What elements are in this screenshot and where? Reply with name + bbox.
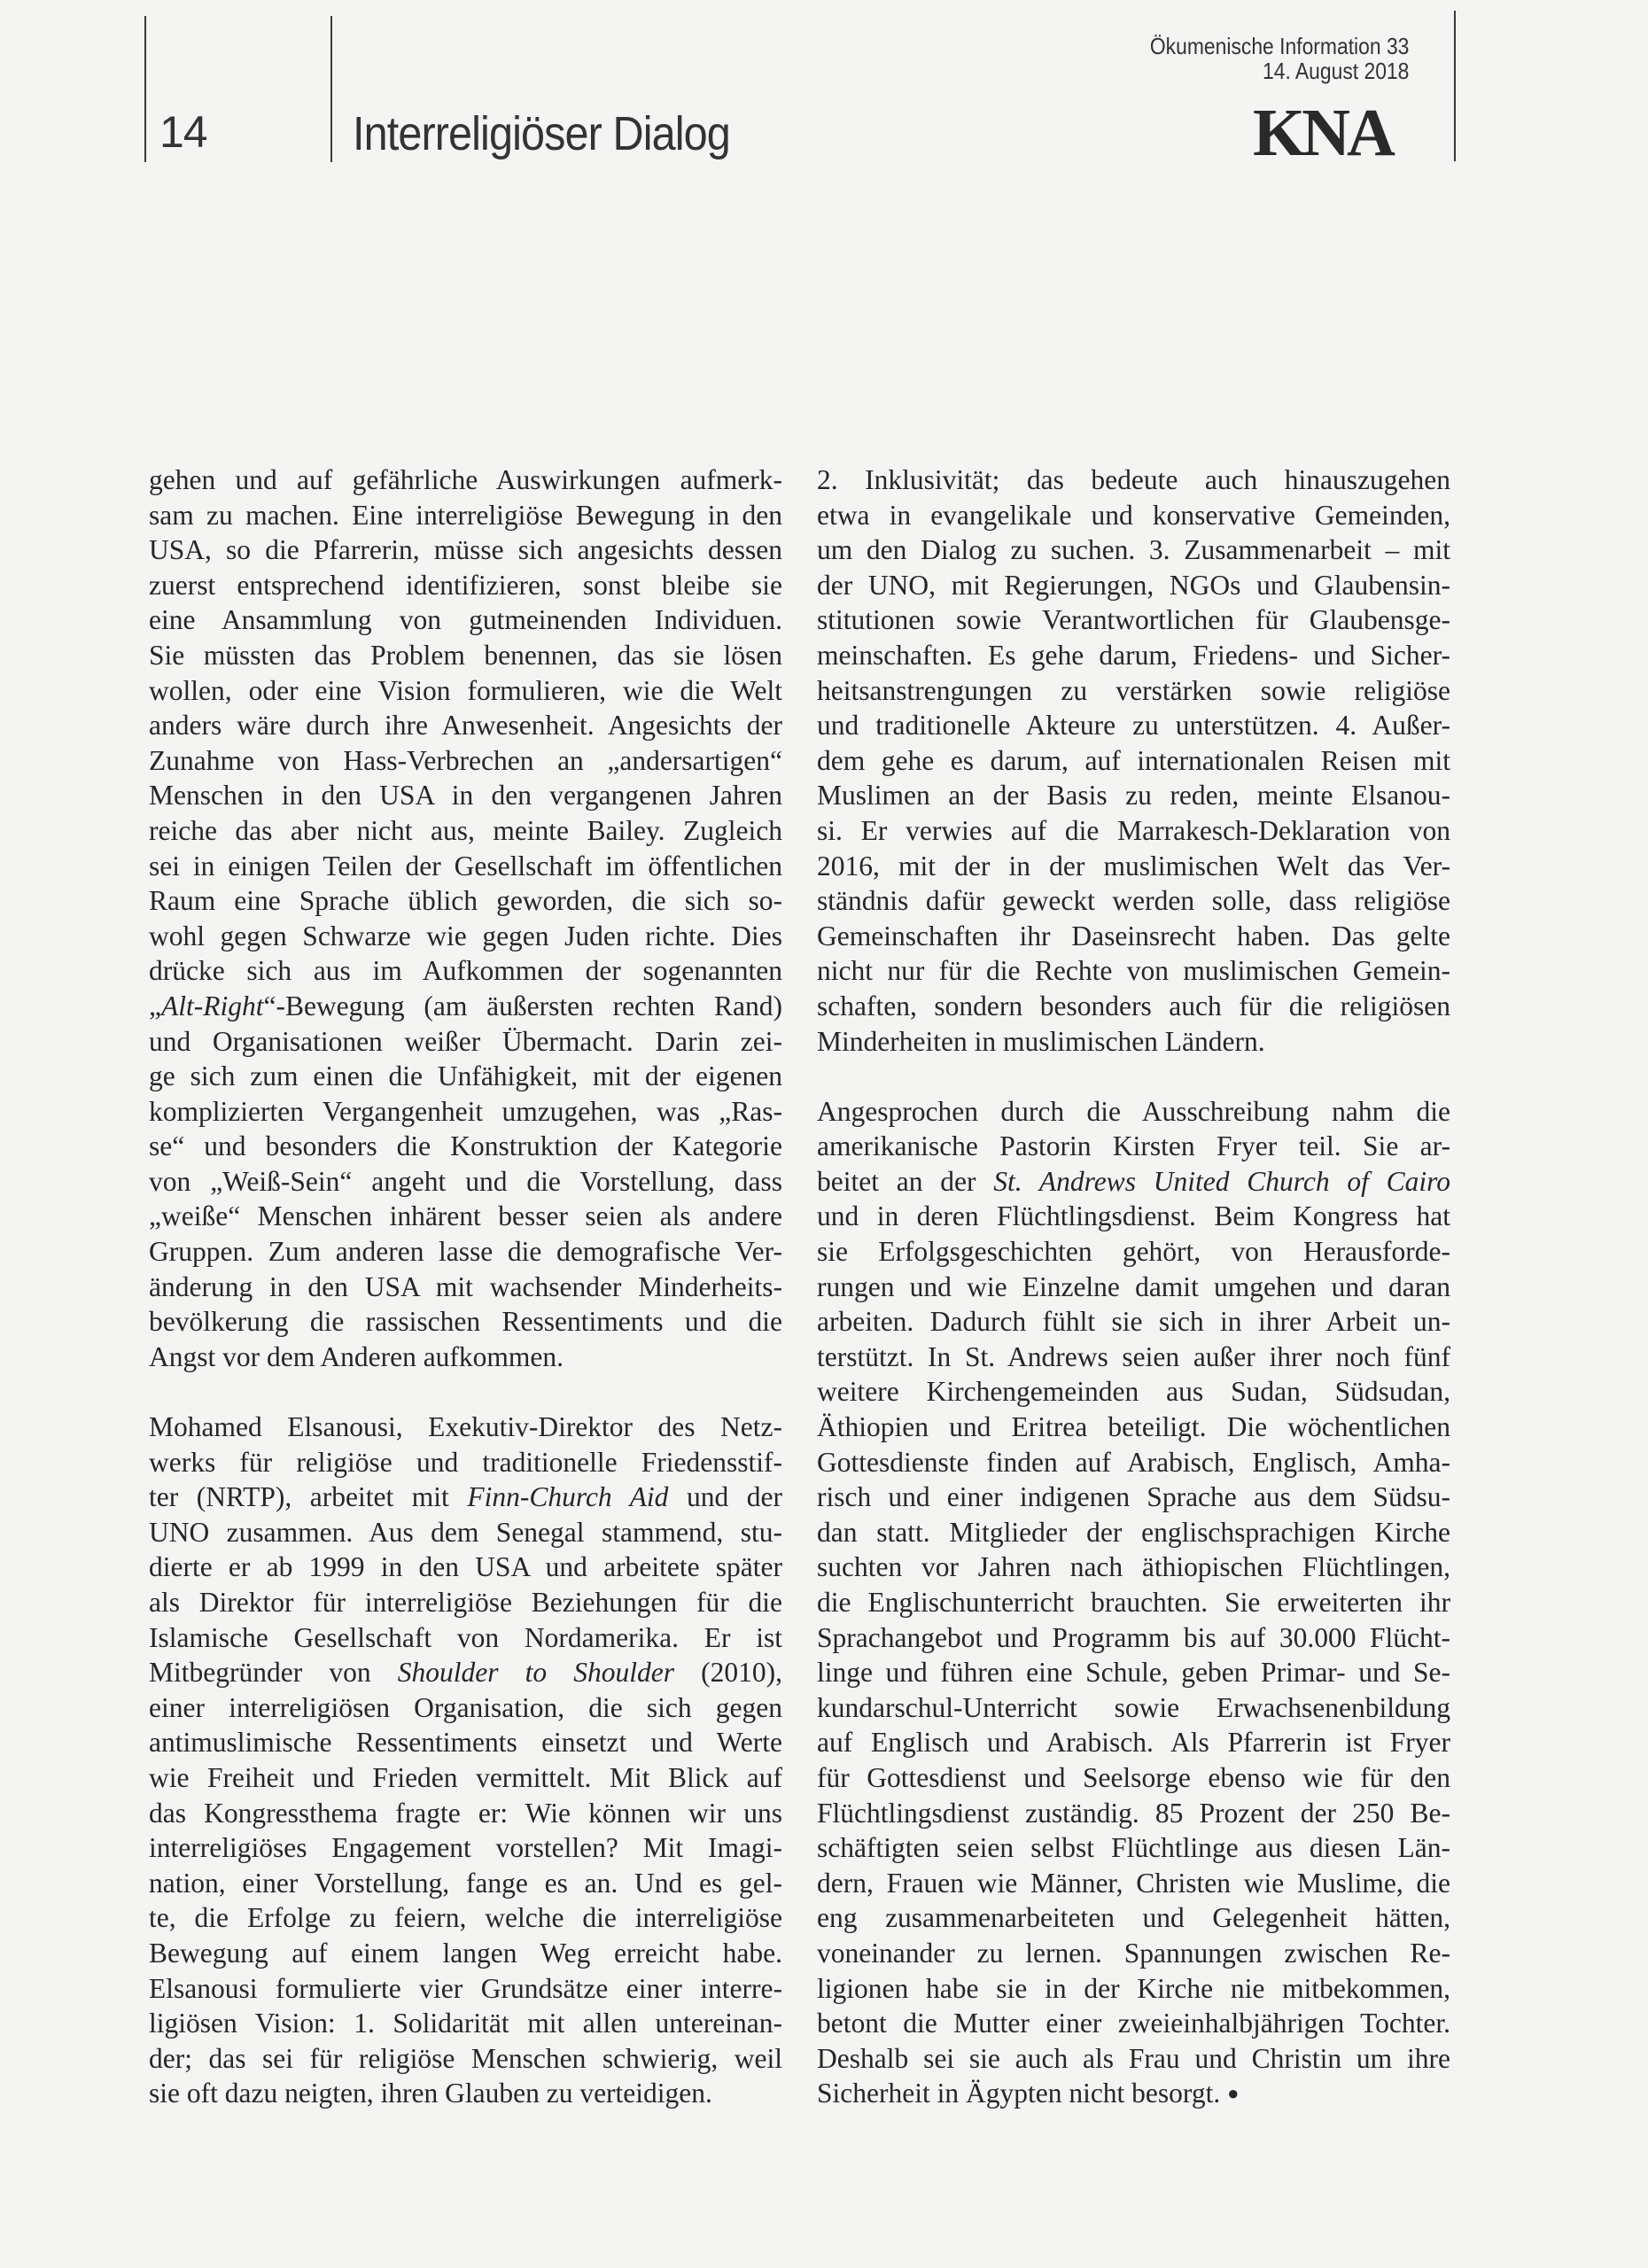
text-line: ligionen habe sie in der Kirche nie mitb…	[817, 1971, 1450, 2007]
article-column-right: 2. Inklusivität; das bedeute auch hinaus…	[817, 462, 1450, 2111]
text-line: amerikanische Pastorin Kirsten Fryer tei…	[817, 1129, 1450, 1164]
text-line: Äthiopien und Eritrea beteiligt. Die wöc…	[817, 1410, 1450, 1445]
section-title: Interreligiöser Dialog	[353, 110, 730, 158]
paragraph: Angesprochen durch die Ausschreibung nah…	[817, 1094, 1450, 2111]
text-line: Flüchtlingsdienst zuständig. 85 Prozent …	[817, 1796, 1450, 1831]
text-line: Bewegung auf einem langen Weg erreicht h…	[149, 1936, 782, 1971]
text-line: als Direktor für interreligiöse Beziehun…	[149, 1585, 782, 1620]
header-divider-middle	[330, 16, 332, 162]
text-line: die Englischunterricht brauchten. Sie er…	[817, 1585, 1450, 1620]
text-line: auf Englisch und Arabisch. Als Pfarrerin…	[817, 1725, 1450, 1760]
italic-title: St. Andrews United Church of Cairo	[993, 1166, 1450, 1197]
text-line: sie oft dazu neigten, ihren Glauben zu v…	[149, 2076, 782, 2111]
text-line: dierte er ab 1999 in den USA und arbeite…	[149, 1550, 782, 1585]
article-column-left: gehen und auf gefährliche Auswirkungen a…	[149, 462, 782, 2111]
text-line: um den Dialog zu suchen. 3. Zusammenarbe…	[817, 532, 1450, 568]
text-line: ter (NRTP), arbeitet mit Finn-Church Aid…	[149, 1480, 782, 1515]
text-line: der; das sei für religiöse Menschen schw…	[149, 2041, 782, 2077]
text-line: suchten vor Jahren nach äthiopischen Flü…	[817, 1550, 1450, 1585]
text-line: weitere Kirchengemeinden aus Sudan, Süds…	[817, 1374, 1450, 1410]
text-line: nicht nur für die Rechte von muslimische…	[817, 953, 1450, 989]
text-line: Islamische Gesellschaft von Nordamerika.…	[149, 1620, 782, 1656]
text-line: Angst vor dem Anderen aufkommen.	[149, 1340, 782, 1375]
text-line: ge sich zum einen die Unfähigkeit, mit d…	[149, 1059, 782, 1094]
text-line: stitutionen sowie Verantwortlichen für G…	[817, 602, 1450, 638]
article-end-mark-icon: ●	[1227, 2082, 1239, 2104]
text-line: terstützt. In St. Andrews seien außer ih…	[817, 1340, 1450, 1375]
text-line: Gottesdienste finden auf Arabisch, Engli…	[817, 1445, 1450, 1480]
text-line: Sie müssten das Problem benennen, das si…	[149, 638, 782, 673]
text-line: 2016, mit der in der muslimischen Welt d…	[817, 849, 1450, 884]
text-line: Angesprochen durch die Ausschreibung nah…	[817, 1094, 1450, 1130]
text-line: betont die Mutter einer zweieinhalbjähri…	[817, 2006, 1450, 2041]
text-line: Deshalb sei sie auch als Frau und Christ…	[817, 2041, 1450, 2077]
text-line: Sprachangebot und Programm bis auf 30.00…	[817, 1620, 1450, 1656]
text-line: Muslimen an der Basis zu reden, meinte E…	[817, 778, 1450, 813]
text-line: linge und führen eine Schule, geben Prim…	[817, 1655, 1450, 1690]
text-line: meinschaften. Es gehe darum, Friedens- u…	[817, 638, 1450, 673]
text-line: gehen und auf gefährliche Auswirkungen a…	[149, 462, 782, 498]
paragraph: gehen und auf gefährliche Auswirkungen a…	[149, 462, 782, 1374]
text-line: änderung in den USA mit wachsender Minde…	[149, 1270, 782, 1305]
text-line: wie Freiheit und Frieden vermittelt. Mit…	[149, 1760, 782, 1796]
text-line: drücke sich aus im Aufkommen der sogenan…	[149, 953, 782, 989]
text-line: zuerst entsprechend identifizieren, sons…	[149, 568, 782, 603]
text-line: bevölkerung die rassischen Ressentiments…	[149, 1304, 782, 1340]
text-line: nation, einer Vorstellung, fange es an. …	[149, 1866, 782, 1901]
text-line: risch und einer indigenen Sprache aus de…	[817, 1480, 1450, 1515]
text-line: schäftigten seien selbst Flüchtlinge aus…	[817, 1830, 1450, 1866]
text-line: dem gehe es darum, auf internationalen R…	[817, 743, 1450, 779]
header-divider-left	[144, 16, 146, 162]
page-number: 14	[159, 110, 207, 154]
publication-info: Ökumenische Information 33 14. August 20…	[1149, 34, 1409, 83]
text-line: etwa in evangelikale und konservative Ge…	[817, 498, 1450, 533]
text-line: werks für religiöse und traditionelle Fr…	[149, 1445, 782, 1480]
text-line: UNO zusammen. Aus dem Senegal stammend, …	[149, 1515, 782, 1550]
text-line: Mitbegründer von Shoulder to Shoulder (2…	[149, 1655, 782, 1690]
text-line: Gemeinschaften ihr Daseinsrecht haben. D…	[817, 919, 1450, 954]
publication-date: 14. August 2018	[1149, 58, 1409, 83]
text-line: Elsanousi formulierte vier Grundsätze ei…	[149, 1971, 782, 2007]
text-line: komplizierten Vergangenheit umzugehen, w…	[149, 1094, 782, 1130]
text-line: rungen und wie Einzelne damit umgehen un…	[817, 1270, 1450, 1305]
text-line: si. Er verwies auf die Marrakesch-Deklar…	[817, 813, 1450, 849]
text-line: und traditionelle Akteure zu unterstütze…	[817, 708, 1450, 743]
text-line: wohl gegen Schwarze wie gegen Juden rich…	[149, 919, 782, 954]
text-line: und in deren Flüchtlingsdienst. Beim Kon…	[817, 1199, 1450, 1234]
text-line: sie Erfolgsgeschichten gehört, von Herau…	[817, 1234, 1450, 1270]
text-line: sei in einigen Teilen der Gesellschaft i…	[149, 849, 782, 884]
text-line: einer interreligiösen Organisation, die …	[149, 1690, 782, 1726]
text-line: eng zusammenarbeiteten und Gelegenheit h…	[817, 1900, 1450, 1936]
text-line: arbeiten. Dadurch fühlt sie sich in ihre…	[817, 1304, 1450, 1340]
text-line: ligiösen Vision: 1. Solidarität mit alle…	[149, 2006, 782, 2041]
paragraph: 2. Inklusivität; das bedeute auch hinaus…	[817, 462, 1450, 1059]
text-line: von „Weiß-Sein“ angeht und die Vorstellu…	[149, 1164, 782, 1200]
text-line: se“ und besonders die Konstruktion der K…	[149, 1129, 782, 1164]
text-line: voneinander zu lernen. Spannungen zwisch…	[817, 1936, 1450, 1971]
text-line: Raum eine Sprache üblich geworden, die s…	[149, 883, 782, 919]
paragraph: Mohamed Elsanousi, Exekutiv-Direktor des…	[149, 1410, 782, 2111]
text-line: für Gottesdienst und Seelsorge ebenso wi…	[817, 1760, 1450, 1796]
text-line: und Organisationen weißer Übermacht. Dar…	[149, 1024, 782, 1060]
text-line: anders wäre durch ihre Anwesenheit. Ange…	[149, 708, 782, 743]
text-line: „Alt-Right“-Bewegung (am äußersten recht…	[149, 989, 782, 1024]
kna-logo: KNA	[1253, 99, 1392, 167]
text-line: heitsanstrengungen zu verstärken sowie r…	[817, 673, 1450, 709]
text-line: Mohamed Elsanousi, Exekutiv-Direktor des…	[149, 1410, 782, 1445]
text-line: sam zu machen. Eine interreligiöse Beweg…	[149, 498, 782, 533]
text-line: „weiße“ Menschen inhärent besser seien a…	[149, 1199, 782, 1234]
text-line: das Kongressthema fragte er: Wie können …	[149, 1796, 782, 1831]
text-line: ständnis dafür geweckt werden solle, das…	[817, 883, 1450, 919]
text-line: Gruppen. Zum anderen lasse die demografi…	[149, 1234, 782, 1270]
italic-title: Finn-Church Aid	[467, 1481, 668, 1512]
text-line: Minderheiten in muslimischen Ländern.	[817, 1024, 1450, 1060]
text-line: reiche das aber nicht aus, meinte Bailey…	[149, 813, 782, 849]
text-line: te, die Erfolge zu feiern, welche die in…	[149, 1900, 782, 1936]
text-line: Zunahme von Hass-Verbrechen an „andersar…	[149, 743, 782, 779]
text-line: beitet an der St. Andrews United Church …	[817, 1164, 1450, 1200]
text-line: eine Ansammlung von gutmeinenden Individ…	[149, 602, 782, 638]
text-line: 2. Inklusivität; das bedeute auch hinaus…	[817, 462, 1450, 498]
text-line: der UNO, mit Regierungen, NGOs und Glaub…	[817, 568, 1450, 603]
text-line: kundarschul-Unterricht sowie Erwachsenen…	[817, 1690, 1450, 1726]
italic-title: Alt-Right	[161, 990, 263, 1021]
text-line: dan statt. Mitglieder der englischsprach…	[817, 1515, 1450, 1550]
publication-name: Ökumenische Information 33	[1149, 34, 1409, 58]
text-line: interreligiöses Engagement vorstellen? M…	[149, 1830, 782, 1866]
italic-title: Shoulder to Shoulder	[398, 1657, 674, 1688]
text-line: USA, so die Pfarrerin, müsse sich angesi…	[149, 532, 782, 568]
text-line: antimuslimische Ressentiments einsetzt u…	[149, 1725, 782, 1760]
text-line: schaften, sondern besonders auch für die…	[817, 989, 1450, 1024]
text-line: dern, Frauen wie Männer, Christen wie Mu…	[817, 1866, 1450, 1901]
text-line: Menschen in den USA in den vergangenen J…	[149, 778, 782, 813]
text-line: Sicherheit in Ägypten nicht besorgt. ●	[817, 2076, 1450, 2111]
text-line: wollen, oder eine Vision formulieren, wi…	[149, 673, 782, 709]
header-divider-right	[1454, 11, 1456, 161]
